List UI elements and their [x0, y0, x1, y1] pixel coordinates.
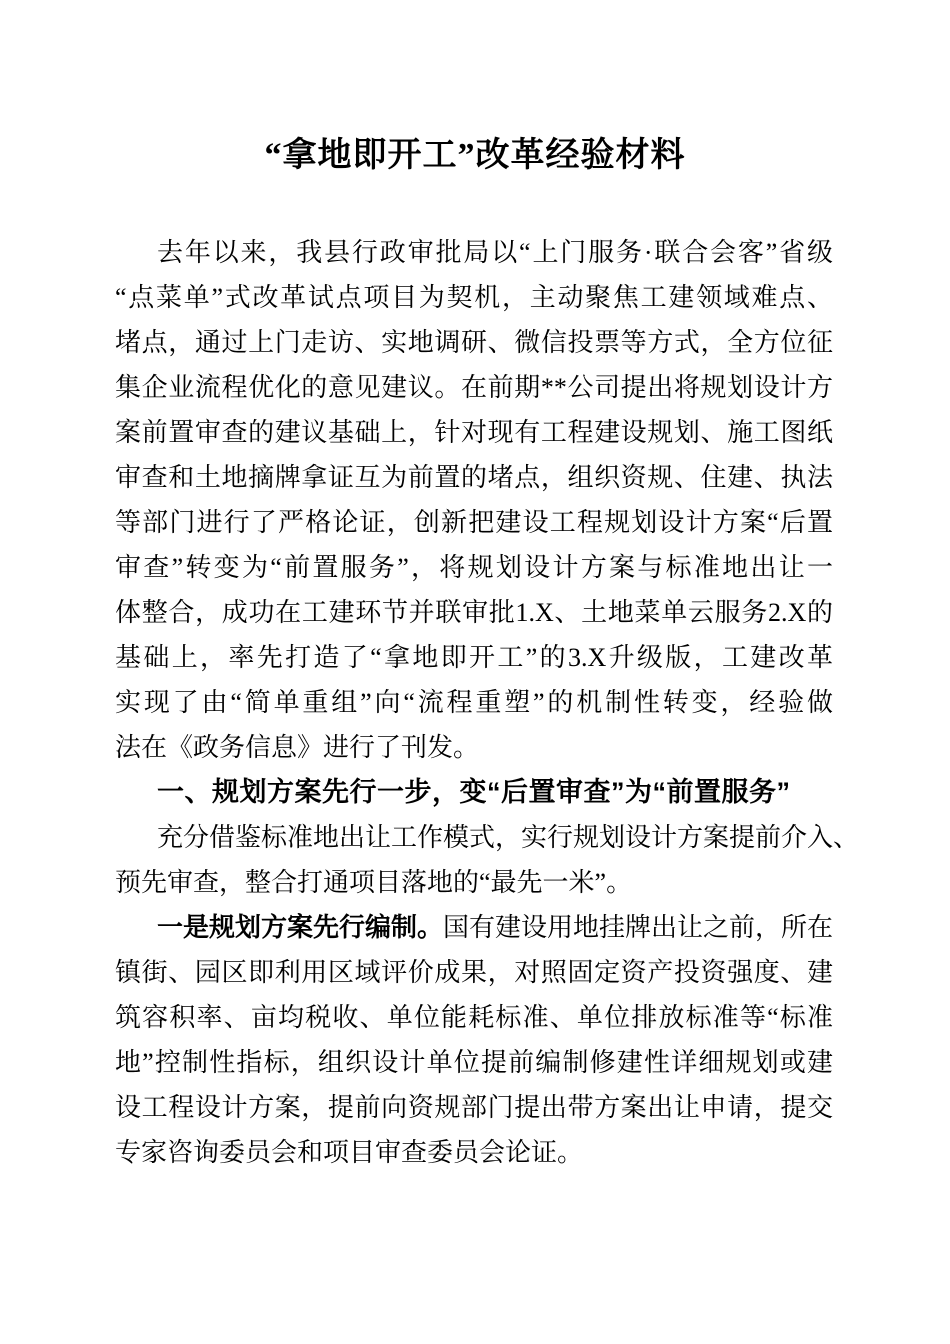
lead-line-rest: 国有建设用地挂牌出让之前，所在	[443, 913, 833, 942]
text-line: 充分借鉴标准地出让工作模式，实行规划设计方案提前介入、	[115, 815, 833, 860]
document-page: “拿地即开工”改革经验材料 去年以来，我县行政审批局以“上门服务·联合会客”省级…	[0, 0, 950, 1344]
text-line: “点菜单”式改革试点项目为契机，主动聚焦工建领域难点、	[115, 275, 833, 320]
text-line: 一是规划方案先行编制。国有建设用地挂牌出让之前，所在	[115, 905, 833, 950]
text-line: 基础上，率先打造了“拿地即开工”的3.X升级版，工建改革	[115, 635, 833, 680]
text-line: 实现了由“简单重组”向“流程重塑”的机制性转变，经验做	[115, 680, 833, 725]
text-line: 案前置审查的建议基础上，针对现有工程建设规划、施工图纸	[115, 410, 833, 455]
text-line: 镇街、园区即利用区域评价成果，对照固定资产投资强度、建	[115, 950, 833, 995]
text-line: 体整合，成功在工建环节并联审批1.X、土地菜单云服务2.X的	[115, 590, 833, 635]
bold-lead-text: 一是规划方案先行编制。	[157, 913, 443, 942]
text-line: 专家咨询委员会和项目审查委员会论证。	[115, 1130, 833, 1175]
document-title: “拿地即开工”改革经验材料	[0, 0, 950, 184]
text-line: 审查”转变为“前置服务”，将规划设计方案与标准地出让一	[115, 545, 833, 590]
text-line: 筑容积率、亩均税收、单位能耗标准、单位排放标准等“标准	[115, 995, 833, 1040]
text-line: 法在《政务信息》进行了刊发。	[115, 725, 833, 770]
section-heading-1: 一、规划方案先行一步，变“后置审查”为“前置服务”	[115, 770, 833, 815]
text-line: 预先审查，整合打通项目落地的“最先一米”。	[115, 860, 833, 905]
paragraph-point-1: 一是规划方案先行编制。国有建设用地挂牌出让之前，所在 镇街、园区即利用区域评价成…	[115, 905, 833, 1175]
text-line: 堵点，通过上门走访、实地调研、微信投票等方式，全方位征	[115, 320, 833, 365]
document-body: 去年以来，我县行政审批局以“上门服务·联合会客”省级 “点菜单”式改革试点项目为…	[0, 230, 950, 1175]
text-line: 等部门进行了严格论证，创新把建设工程规划设计方案“后置	[115, 500, 833, 545]
text-line: 集企业流程优化的意见建议。在前期**公司提出将规划设计方	[115, 365, 833, 410]
paragraph-intro: 去年以来，我县行政审批局以“上门服务·联合会客”省级 “点菜单”式改革试点项目为…	[115, 230, 833, 770]
text-line: 地”控制性指标，组织设计单位提前编制修建性详细规划或建	[115, 1040, 833, 1085]
text-line: 审查和土地摘牌拿证互为前置的堵点，组织资规、住建、执法	[115, 455, 833, 500]
text-line: 去年以来，我县行政审批局以“上门服务·联合会客”省级	[115, 230, 833, 275]
text-line: 设工程设计方案，提前向资规部门提出带方案出让申请，提交	[115, 1085, 833, 1130]
paragraph-section1-intro: 充分借鉴标准地出让工作模式，实行规划设计方案提前介入、 预先审查，整合打通项目落…	[115, 815, 833, 905]
